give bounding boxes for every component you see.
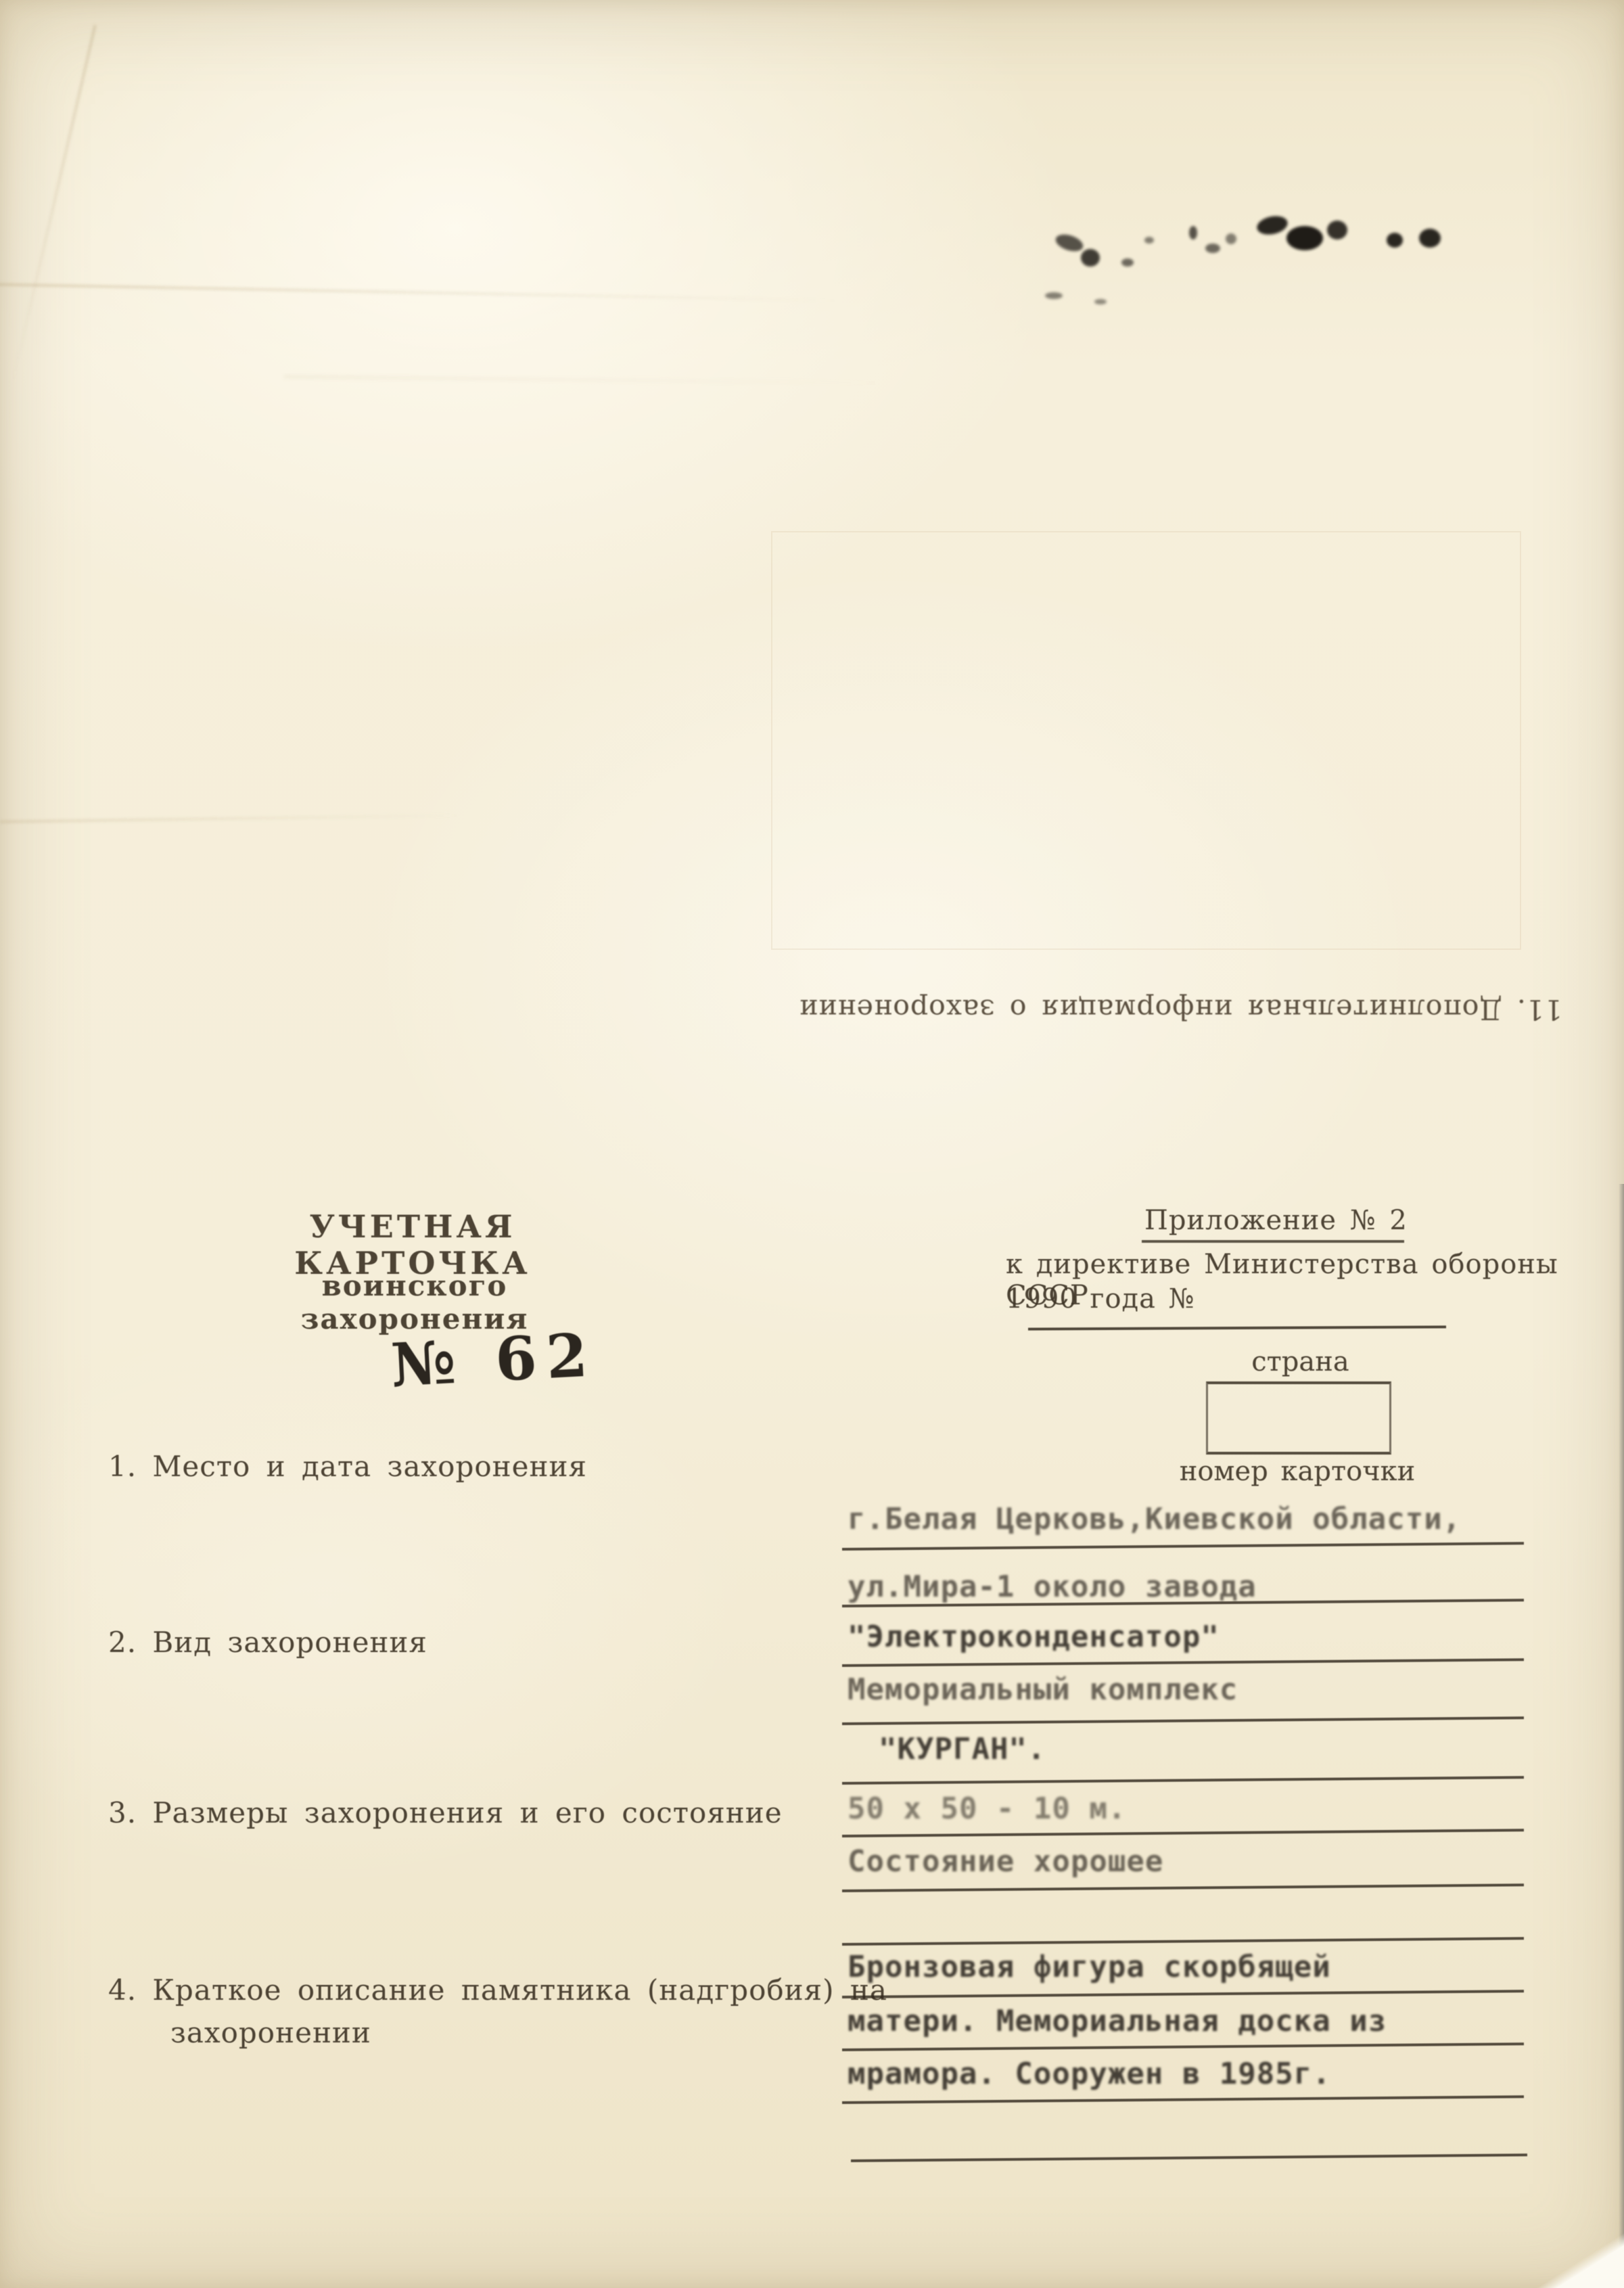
answer-line: Состояние хорошее <box>848 1844 1531 1879</box>
paper-crease <box>11 24 96 381</box>
card-number-caption: номер карточки <box>1169 1456 1426 1487</box>
ruled-line <box>842 1716 1524 1725</box>
field-label-place-and-date: 1. Место и дата захоронения <box>108 1445 587 1488</box>
annex-underline <box>1142 1240 1404 1243</box>
field-label-burial-type: 2. Вид захоронения <box>108 1621 427 1664</box>
ruled-line <box>842 1658 1524 1667</box>
scan-edge-shadow <box>1619 1184 1624 2288</box>
bleedthrough-rectangle <box>771 531 1521 950</box>
paper-crease <box>0 283 839 302</box>
ruled-line <box>842 1937 1524 1946</box>
ruled-line <box>842 1542 1524 1551</box>
answer-line: мрамора. Сооружен в 1985г. <box>848 2057 1531 2091</box>
answer-line: 50 х 50 - 10 м. <box>848 1791 1531 1826</box>
answer-line: "Электроконденсатор" <box>848 1620 1531 1654</box>
card-number-stamp: № 62 <box>389 1319 599 1400</box>
answer-line: "КУРГАН". <box>848 1732 1562 1766</box>
answer-line: Бронзовая фигура скорбящей <box>848 1950 1531 1984</box>
field-label-monument-description: 4. Краткое описание памятника (надгробия… <box>108 1969 904 2054</box>
country-label: страна <box>1211 1346 1390 1377</box>
ruled-line <box>842 1883 1524 1892</box>
ruled-line <box>842 1990 1524 1998</box>
separator-line <box>1028 1325 1446 1330</box>
page-corner-curl <box>1495 2207 1624 2288</box>
ruled-line <box>842 2042 1524 2051</box>
card-number-box <box>1206 1381 1391 1455</box>
answer-line: Мемориальный комплекс <box>848 1672 1531 1707</box>
ink-smudge <box>981 196 1468 325</box>
answer-line: матери. Мемориальная доска из <box>848 2004 1531 2038</box>
bleedthrough-section-11-label: 11. Дополнительная информация о захороне… <box>832 993 1562 1026</box>
annex-year-line: 1990 года № <box>1006 1283 1195 1314</box>
paper-crease <box>284 375 893 384</box>
answer-line: ул.Мира-1 около завода <box>848 1570 1531 1604</box>
annex-title: Приложение № 2 <box>1144 1205 1408 1236</box>
scanned-paper-background: 11. Дополнительная информация о захороне… <box>0 0 1624 2288</box>
field-label-size-and-condition: 3. Размеры захоронения и его состояние <box>108 1791 783 1834</box>
ruled-line <box>851 2153 1527 2162</box>
answer-line: г.Белая Церковь,Киевской области, <box>848 1502 1531 1536</box>
ruled-line <box>842 1776 1524 1785</box>
paper-crease <box>0 814 460 823</box>
ruled-line <box>842 2095 1524 2104</box>
ruled-line <box>842 1829 1524 1837</box>
